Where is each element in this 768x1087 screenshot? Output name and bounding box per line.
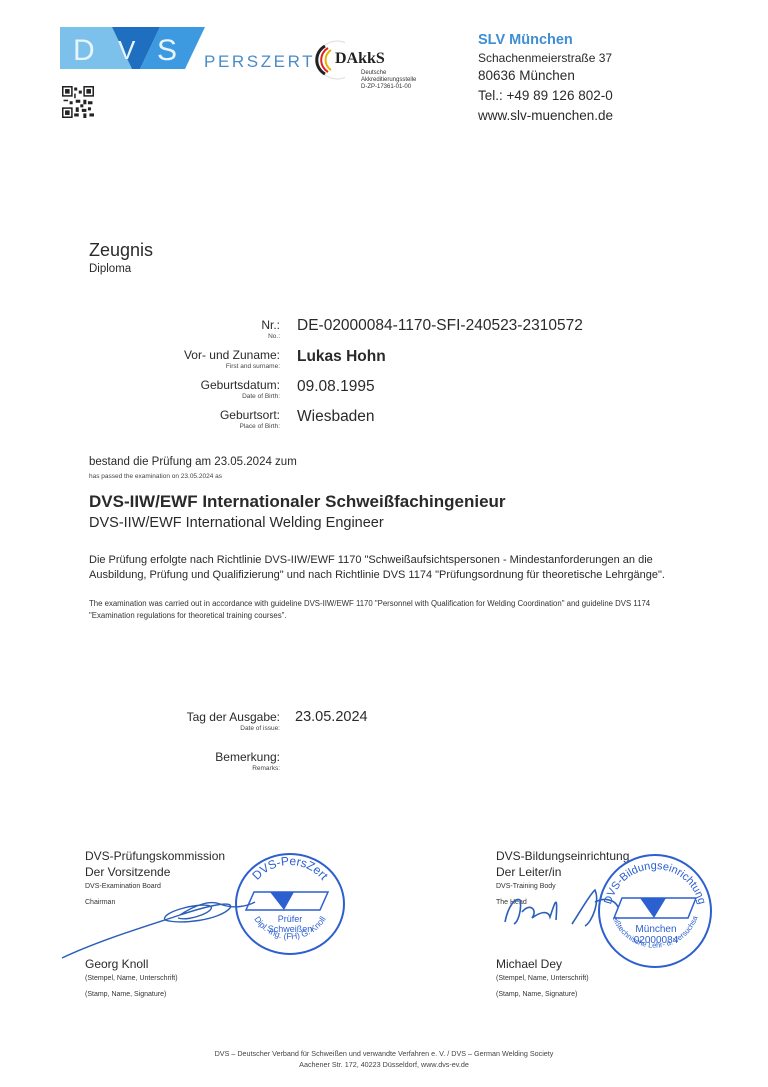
- svg-text:V: V: [118, 35, 136, 65]
- svg-text:S: S: [157, 34, 177, 67]
- footer-line-2: Aachener Str. 172, 40223 Düsseldorf, www…: [0, 1059, 768, 1070]
- document-title-en: Diploma: [89, 263, 131, 275]
- signer-name-block-left: Georg Knoll (Stempel, Name, Unterschrift…: [85, 957, 178, 1001]
- signer-org: DVS-Prüfungskommission: [85, 848, 225, 864]
- signer-name-block-right: Michael Dey (Stempel, Name, Unterschrift…: [496, 957, 589, 1001]
- issuer-name: SLV München: [478, 31, 613, 49]
- field-label-remarks: Bemerkung: Remarks:: [215, 750, 280, 773]
- perszert-wordmark: PERSZERT: [204, 52, 315, 72]
- dvs-logo: D V S: [60, 27, 205, 69]
- footer: DVS – Deutscher Verband für Schweißen un…: [0, 1048, 768, 1070]
- svg-text:DVS-PersZert: DVS-PersZert: [249, 854, 331, 883]
- issuer-city: 80636 München: [478, 66, 613, 86]
- qualification-title: DVS-IIW/EWF Internationaler Schweißfachi…: [89, 492, 506, 512]
- svg-text:Prüfer: Prüfer: [278, 914, 303, 924]
- field-label-birthdate: Geburtsdatum: Date of Birth:: [201, 378, 280, 401]
- svg-text:D: D: [73, 34, 95, 67]
- birth-date: 09.08.1995: [297, 378, 375, 396]
- svg-text:München: München: [635, 924, 676, 935]
- issue-date: 23.05.2024: [295, 709, 368, 725]
- signature-note-en: (Stamp, Name, Signature): [85, 988, 178, 1001]
- issuer-street: Schachenmeierstraße 37: [478, 50, 613, 66]
- field-label-issue-date: Tag der Ausgabe: Date of issue:: [187, 710, 280, 733]
- passed-statement-en: has passed the examination on 23.05.2024…: [89, 473, 222, 480]
- issuer-address: SLV München Schachenmeierstraße 37 80636…: [478, 31, 613, 126]
- handwritten-signature-left: [60, 880, 260, 960]
- dakks-accreditation-logo: DAkkS Deutsche Akkreditierungsstelle D-Z…: [315, 40, 455, 100]
- passed-statement: bestand die Prüfung am 23.05.2024 zum: [89, 456, 297, 468]
- field-label-number: Nr.: No.:: [261, 318, 280, 341]
- training-body-stamp: DVS-Bildungseinrichtung München 02000084…: [596, 852, 714, 970]
- document-title: Zeugnis: [89, 240, 153, 261]
- holder-name: Lukas Hohn: [297, 348, 386, 366]
- qr-code-icon[interactable]: [62, 86, 94, 118]
- issuer-phone: Tel.: +49 89 126 802-0: [478, 86, 613, 106]
- certificate-number: DE-02000084-1170-SFI-240523-2310572: [297, 317, 583, 335]
- dakks-name: DAkkS: [335, 50, 385, 68]
- birth-place: Wiesbaden: [297, 408, 375, 426]
- signer-name: Michael Dey: [496, 957, 589, 972]
- perszert-stamp: DVS-PersZert Prüfer Schweißen Dipl.-Ing.…: [232, 852, 348, 956]
- guideline-text: Die Prüfung erfolgte nach Richtlinie DVS…: [89, 553, 689, 583]
- dakks-subtitle: Deutsche Akkreditierungsstelle D-ZP-1736…: [361, 70, 416, 91]
- field-label-birthplace: Geburtsort: Place of Birth:: [220, 408, 280, 431]
- signature-note-de: (Stempel, Name, Unterschrift): [496, 972, 589, 985]
- footer-line-1: DVS – Deutscher Verband für Schweißen un…: [0, 1048, 768, 1059]
- issuer-website[interactable]: www.slv-muenchen.de: [478, 106, 613, 126]
- qualification-title-en: DVS-IIW/EWF International Welding Engine…: [89, 515, 384, 531]
- signer-name: Georg Knoll: [85, 957, 178, 972]
- field-label-name: Vor- und Zuname: First and surname:: [184, 348, 280, 371]
- signer-role: Der Vorsitzende: [85, 864, 225, 880]
- signature-note-de: (Stempel, Name, Unterschrift): [85, 972, 178, 985]
- guideline-text-en: The examination was carried out in accor…: [89, 598, 689, 622]
- signature-note-en: (Stamp, Name, Signature): [496, 988, 589, 1001]
